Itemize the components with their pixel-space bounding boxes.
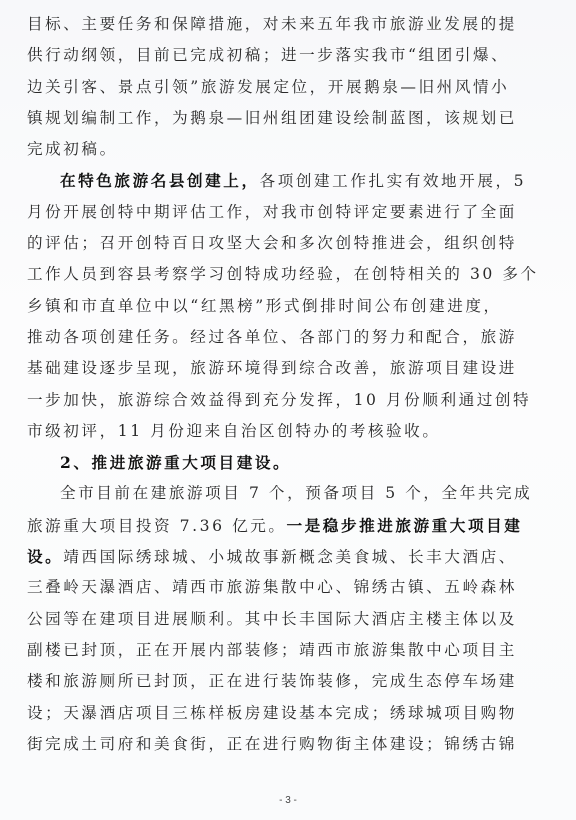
text-line: 楼和旅游厕所已封顶，正在进行装饰装修，完成生态停车场建 xyxy=(27,666,507,697)
text-line: 月份开展创特中期评估工作，对我市创特评定要素进行了全面 xyxy=(27,197,507,228)
section-heading: 2、推进旅游重大项目建设。 xyxy=(27,447,507,478)
section-heading-text: 2、推进旅游重大项目建设。 xyxy=(60,453,291,472)
text-line: 旅游重大项目投资 7.36 亿元。一是稳步推进旅游重大项目建 xyxy=(27,510,507,541)
page-number: - 3 - xyxy=(0,795,576,806)
text-line: 公园等在建项目进展顺利。其中长丰国际大酒店主楼主体以及 xyxy=(27,604,507,635)
text-line: 边关引客、景点引领”旅游发展定位，开展鹅泉—旧州风情小 xyxy=(27,72,507,103)
text-run: 各项创建工作扎实有效地开展，5 xyxy=(260,172,526,190)
emphasis-run: 设。 xyxy=(27,547,63,566)
text-line: 设；天瀑酒店项目三栋样板房建设基本完成；绣球城项目购物 xyxy=(27,698,507,729)
section-lead-heading: 在特色旅游名县创建上， xyxy=(60,171,260,190)
text-line: 市级初评，11 月份迎来自治区创特办的考核验收。 xyxy=(27,416,507,447)
text-line: 的评估；召开创特百日攻坚大会和多次创特推进会，组织创特 xyxy=(27,228,507,259)
text-line: 设。靖西国际绣球城、小城故事新概念美食城、长丰大酒店、 xyxy=(27,541,507,572)
text-run: 靖西国际绣球城、小城故事新概念美食城、长丰大酒店、 xyxy=(63,548,517,566)
document-page: 目标、主要任务和保障措施，对未来五年我市旅游业发展的提 供行动纲领，目前已完成初… xyxy=(0,0,576,820)
emphasis-run: 一是稳步推进旅游重大项目建 xyxy=(287,516,523,535)
text-line: 一步加快，旅游综合效益得到充分发挥，10 月份顺利通过创特 xyxy=(27,385,507,416)
document-body: 目标、主要任务和保障措施，对未来五年我市旅游业发展的提 供行动纲领，目前已完成初… xyxy=(27,9,507,760)
paragraph-start: 全市目前在建旅游项目 7 个，预备项目 5 个，全年共完成 xyxy=(27,478,507,509)
text-line: 目标、主要任务和保障措施，对未来五年我市旅游业发展的提 xyxy=(27,9,507,40)
text-line: 基础建设逐步呈现，旅游环境得到综合改善，旅游项目建设进 xyxy=(27,353,507,384)
text-line: 完成初稿。 xyxy=(27,134,507,165)
text-line: 推动各项创建任务。经过各单位、各部门的努力和配合，旅游 xyxy=(27,322,507,353)
text-run: 旅游重大项目投资 7.36 亿元。 xyxy=(27,517,287,535)
paragraph-start: 在特色旅游名县创建上，各项创建工作扎实有效地开展，5 xyxy=(27,165,507,196)
text-line: 副楼已封顶，正在开展内部装修；靖西市旅游集散中心项目主 xyxy=(27,635,507,666)
text-line: 供行动纲领，目前已完成初稿；进一步落实我市“组团引爆、 xyxy=(27,40,507,71)
text-line: 工作人员到容县考察学习创特成功经验，在创特相关的 30 多个 xyxy=(27,259,507,290)
text-line: 镇规划编制工作，为鹅泉—旧州组团建设绘制蓝图，该规划已 xyxy=(27,103,507,134)
text-line: 街完成土司府和美食街，正在进行购物街主体建设；锦绣古锦 xyxy=(27,729,507,760)
text-line: 三叠岭天瀑酒店、靖西市旅游集散中心、锦绣古镇、五岭森林 xyxy=(27,572,507,603)
text-line: 乡镇和市直单位中以“红黑榜”形式倒排时间公布创建进度， xyxy=(27,291,507,322)
